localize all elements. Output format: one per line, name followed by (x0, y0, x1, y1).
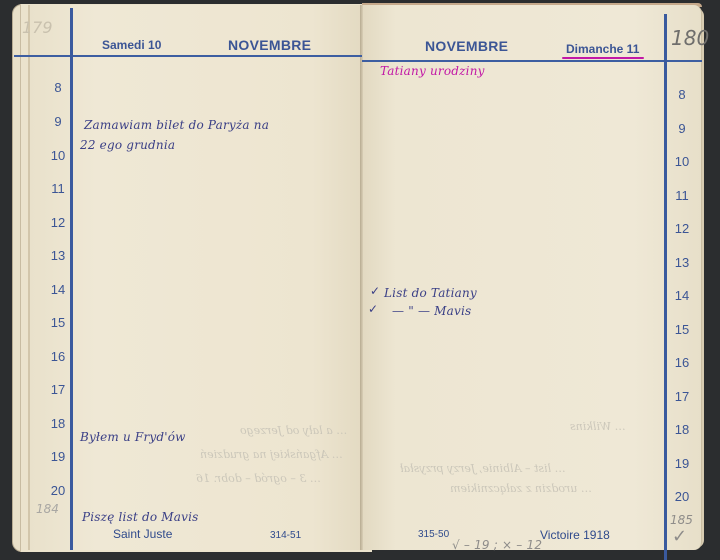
book-gutter (360, 5, 363, 550)
right-hour-20: 20 (668, 489, 696, 504)
saint-of-day: Saint Juste (113, 527, 172, 541)
pencil-tally: √ – 19 ; × – 12 (452, 538, 542, 552)
left-hour-14: 14 (44, 282, 72, 297)
right-hour-18: 18 (668, 422, 696, 437)
ghost-line-left-3: … 3 – ogród – dobr. 16 (196, 472, 321, 485)
left-page (28, 5, 362, 550)
ghost-line-right-2: … list – Albinie, Jerzy przysłał (400, 462, 566, 475)
right-hour-17: 17 (668, 389, 696, 404)
entry-18: Byłem u Fryd'ów (80, 430, 186, 444)
left-hour-15: 15 (44, 315, 72, 330)
left-month-label: NOVEMBRE (228, 37, 311, 53)
left-hour-18: 18 (44, 416, 72, 431)
right-month-label: NOVEMBRE (425, 38, 508, 54)
left-page-number-top: 179 (22, 18, 53, 37)
entry-14: List do Tatiany (384, 286, 477, 300)
checkmark-icon-14: ✓ (370, 284, 380, 298)
left-hour-20: 20 (44, 483, 72, 498)
right-header-rule (362, 60, 702, 62)
left-hour-17: 17 (44, 382, 72, 397)
entry-9-line1: Zamawiam bilet do Paryża na (84, 118, 269, 132)
checkmark-icon-15: ✓ (368, 302, 378, 316)
left-hour-12: 12 (44, 215, 72, 230)
right-hour-9: 9 (668, 121, 696, 136)
historical-event: Victoire 1918 (540, 528, 610, 542)
right-hour-16: 16 (668, 355, 696, 370)
left-header-rule (14, 55, 362, 57)
left-hour-19: 19 (44, 449, 72, 464)
right-hour-12: 12 (668, 221, 696, 236)
right-hour-15: 15 (668, 322, 696, 337)
day-underline-magenta (562, 57, 644, 59)
left-hour-10: 10 (44, 148, 72, 163)
left-hour-8: 8 (44, 80, 72, 95)
right-hour-11: 11 (668, 188, 696, 203)
left-hour-16: 16 (44, 349, 72, 364)
left-footer-note: Piszę list do Mavis (82, 510, 199, 524)
right-margin-rule (664, 14, 667, 560)
ghost-line-left-2: … Afgańskiej na grudzień (200, 448, 343, 461)
ghost-line-left-1: … a lały od Jerzego (240, 424, 347, 437)
diary-spread: 179 Samedi 10 NOVEMBRE NOVEMBRE Dimanche… (0, 0, 720, 560)
entry-15: — " — Mavis (392, 304, 471, 318)
left-day-count: 314-51 (270, 530, 301, 541)
left-day-label: Samedi 10 (102, 38, 161, 52)
right-page-number-top: 180 (671, 26, 709, 50)
ghost-line-right-3: … urodzin z załącznikiem (450, 482, 592, 495)
left-page-number-bottom: 184 (36, 502, 59, 516)
right-hour-8: 8 (668, 87, 696, 102)
left-hour-9: 9 (44, 114, 72, 129)
right-day-label: Dimanche 11 (566, 42, 639, 56)
birthday-note: Tatiany urodziny (380, 64, 485, 78)
ghost-line-right-1: … Wilkins (570, 420, 626, 433)
right-hour-19: 19 (668, 456, 696, 471)
entry-9-line2: 22 ego grudnia (80, 138, 175, 152)
left-hour-13: 13 (44, 248, 72, 263)
left-hour-11: 11 (44, 181, 72, 196)
right-hour-14: 14 (668, 288, 696, 303)
right-hour-13: 13 (668, 255, 696, 270)
margin-check-icon: ✓ (672, 526, 687, 547)
right-hour-10: 10 (668, 154, 696, 169)
right-page-number-bottom: 185 (670, 513, 693, 527)
right-day-count: 315-50 (418, 529, 449, 540)
